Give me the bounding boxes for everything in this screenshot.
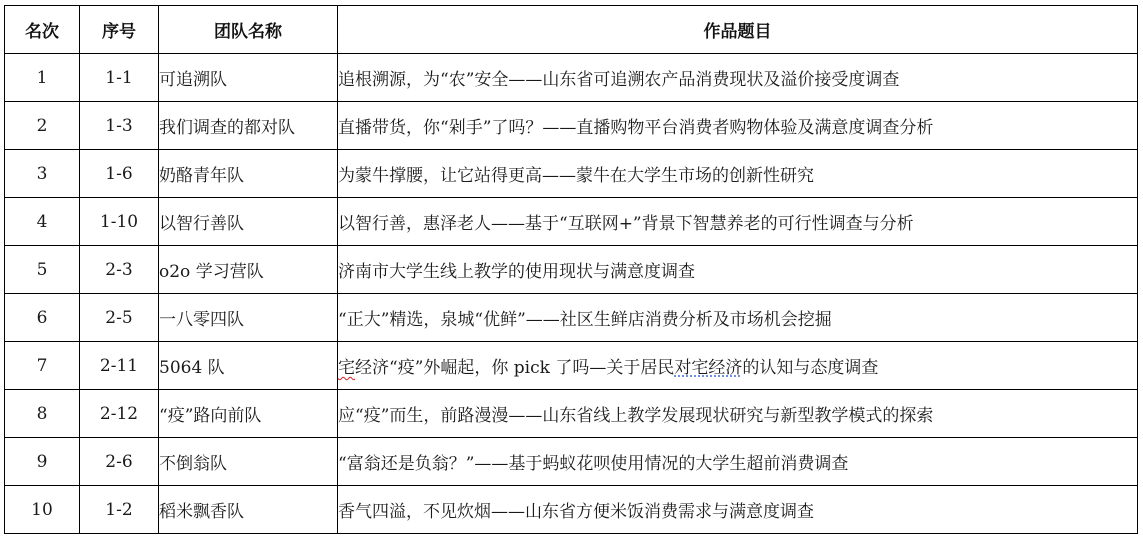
rank-cell: 10 bbox=[5, 486, 80, 534]
team-cell: o2o 学习营队 bbox=[159, 246, 338, 294]
team-cell: 一八零四队 bbox=[159, 294, 338, 342]
team-cell: 以智行善队 bbox=[159, 198, 338, 246]
title-cell: 济南市大学生线上教学的使用现状与满意度调查 bbox=[338, 246, 1138, 294]
grammar-flagged-text: 对宅经济 bbox=[674, 358, 742, 378]
ranking-table: 名次 序号 团队名称 作品题目 1 1-1 可追溯队 追根溯源，为“农”安全——… bbox=[4, 5, 1138, 534]
rank-cell: 8 bbox=[5, 390, 80, 438]
rank-cell: 2 bbox=[5, 102, 80, 150]
rank-cell: 3 bbox=[5, 150, 80, 198]
title-cell: 为蒙牛撑腰，让它站得更高——蒙牛在大学生市场的创新性研究 bbox=[338, 150, 1138, 198]
table-row: 1 1-1 可追溯队 追根溯源，为“农”安全——山东省可追溯农产品消费现状及溢价… bbox=[5, 54, 1138, 102]
team-cell: 稻米飘香队 bbox=[159, 486, 338, 534]
seq-cell: 1-1 bbox=[80, 54, 159, 102]
table-row: 4 1-10 以智行善队 以智行善，惠泽老人——基于“互联网+”背景下智慧养老的… bbox=[5, 198, 1138, 246]
header-title: 作品题目 bbox=[338, 6, 1138, 54]
title-cell: 香气四溢，不见炊烟——山东省方便米饭消费需求与满意度调查 bbox=[338, 486, 1138, 534]
table-row: 8 2-12 “疫”路向前队 应“疫”而生，前路漫漫——山东省线上教学发展现状研… bbox=[5, 390, 1138, 438]
title-cell: “正大”精选，泉城“优鲜”——社区生鲜店消费分析及市场机会挖掘 bbox=[338, 294, 1138, 342]
title-cell: 应“疫”而生，前路漫漫——山东省线上教学发展现状研究与新型教学模式的探索 bbox=[338, 390, 1138, 438]
rank-cell: 9 bbox=[5, 438, 80, 486]
title-text: 的认知与态度调查 bbox=[742, 358, 878, 378]
seq-cell: 2-11 bbox=[80, 342, 159, 390]
team-cell: 奶酪青年队 bbox=[159, 150, 338, 198]
table-row: 2 1-3 我们调查的都对队 直播带货，你“剁手”了吗？——直播购物平台消费者购… bbox=[5, 102, 1138, 150]
table-row: 3 1-6 奶酪青年队 为蒙牛撑腰，让它站得更高——蒙牛在大学生市场的创新性研究 bbox=[5, 150, 1138, 198]
title-cell: 宅经济“疫”外崛起，你 pick 了吗—关于居民对宅经济的认知与态度调查 bbox=[338, 342, 1138, 390]
table-row: 9 2-6 不倒翁队 “富翁还是负翁？”——基于蚂蚁花呗使用情况的大学生超前消费… bbox=[5, 438, 1138, 486]
team-cell: 可追溯队 bbox=[159, 54, 338, 102]
header-rank: 名次 bbox=[5, 6, 80, 54]
title-cell: 追根溯源，为“农”安全——山东省可追溯农产品消费现状及溢价接受度调查 bbox=[338, 54, 1138, 102]
seq-cell: 2-3 bbox=[80, 246, 159, 294]
seq-cell: 2-6 bbox=[80, 438, 159, 486]
table-row: 6 2-5 一八零四队 “正大”精选，泉城“优鲜”——社区生鲜店消费分析及市场机… bbox=[5, 294, 1138, 342]
title-cell: “富翁还是负翁？”——基于蚂蚁花呗使用情况的大学生超前消费调查 bbox=[338, 438, 1138, 486]
header-team: 团队名称 bbox=[159, 6, 338, 54]
seq-cell: 1-2 bbox=[80, 486, 159, 534]
header-row: 名次 序号 团队名称 作品题目 bbox=[5, 6, 1138, 54]
spellcheck-flagged-text: 宅 bbox=[338, 358, 355, 378]
seq-cell: 1-10 bbox=[80, 198, 159, 246]
team-cell: 不倒翁队 bbox=[159, 438, 338, 486]
title-text: 经济“疫”外崛起，你 pick 了吗—关于居民 bbox=[355, 358, 674, 378]
table-row: 7 2-11 5064 队 宅经济“疫”外崛起，你 pick 了吗—关于居民对宅… bbox=[5, 342, 1138, 390]
seq-cell: 2-5 bbox=[80, 294, 159, 342]
rank-cell: 7 bbox=[5, 342, 80, 390]
title-cell: 直播带货，你“剁手”了吗？——直播购物平台消费者购物体验及满意度调查分析 bbox=[338, 102, 1138, 150]
team-cell: 我们调查的都对队 bbox=[159, 102, 338, 150]
table-row: 10 1-2 稻米飘香队 香气四溢，不见炊烟——山东省方便米饭消费需求与满意度调… bbox=[5, 486, 1138, 534]
rank-cell: 6 bbox=[5, 294, 80, 342]
seq-cell: 1-6 bbox=[80, 150, 159, 198]
table-row: 5 2-3 o2o 学习营队 济南市大学生线上教学的使用现状与满意度调查 bbox=[5, 246, 1138, 294]
rank-cell: 4 bbox=[5, 198, 80, 246]
team-cell: “疫”路向前队 bbox=[159, 390, 338, 438]
rank-cell: 1 bbox=[5, 54, 80, 102]
header-seq: 序号 bbox=[80, 6, 159, 54]
team-cell: 5064 队 bbox=[159, 342, 338, 390]
title-cell: 以智行善，惠泽老人——基于“互联网+”背景下智慧养老的可行性调查与分析 bbox=[338, 198, 1138, 246]
rank-cell: 5 bbox=[5, 246, 80, 294]
seq-cell: 2-12 bbox=[80, 390, 159, 438]
seq-cell: 1-3 bbox=[80, 102, 159, 150]
